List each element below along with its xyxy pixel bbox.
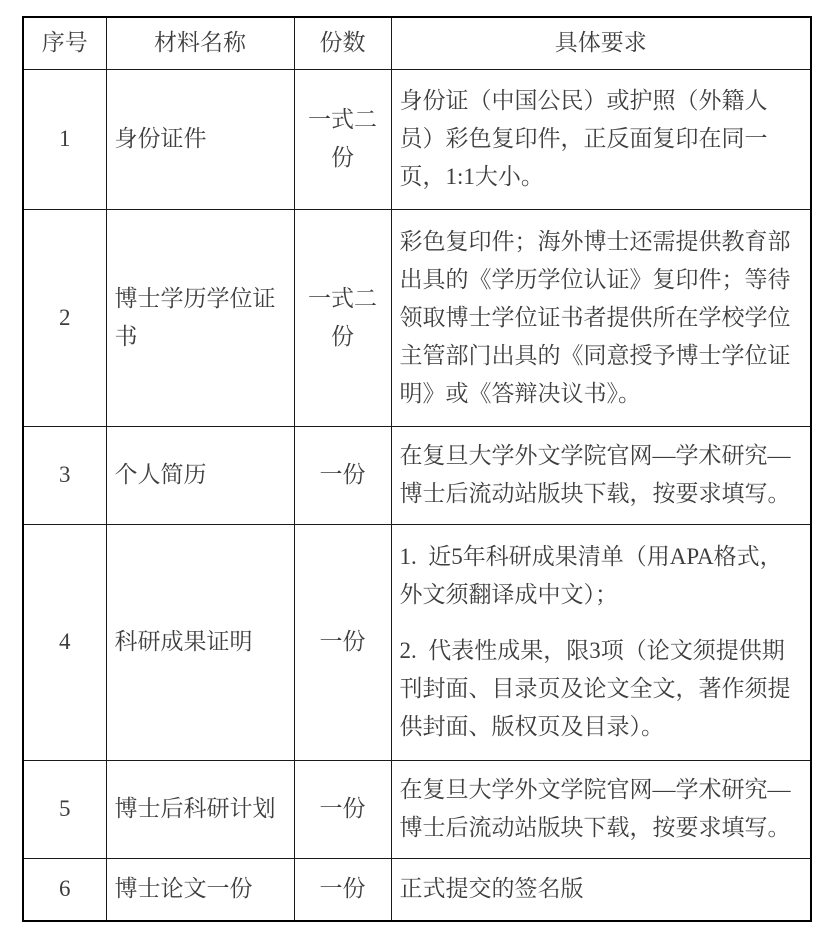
requirements-cell: 彩色复印件；海外博士还需提供教育部 出具的《学历学位认证》复印件；等待 领取博士… (391, 209, 811, 426)
header-material-name: 材料名称 (106, 17, 294, 69)
materials-table: 序号 材料名称 份数 具体要求 1 身份证件 一式二 份 身份证（中国公民）或护… (22, 16, 812, 922)
requirement-paragraph: 2. 代表性成果，限3项（论文须提供期 刊封面、目录页及论文全文，著作须提 供封… (400, 632, 809, 746)
material-name: 身份证件 (106, 69, 294, 209)
header-row: 序号 材料名称 份数 具体要求 (23, 17, 811, 69)
row-number: 1 (23, 69, 106, 209)
header-copies: 份数 (294, 17, 391, 69)
row-number: 5 (23, 760, 106, 858)
header-requirements: 具体要求 (391, 17, 811, 69)
row-number: 4 (23, 524, 106, 760)
row-number: 2 (23, 209, 106, 426)
row-number: 6 (23, 858, 106, 921)
requirements-cell: 正式提交的签名版 (391, 858, 811, 921)
copies-value: 一份 (294, 426, 391, 524)
material-name: 博士论文一份 (106, 858, 294, 921)
requirements-cell: 在复旦大学外文学院官网—学术研究— 博士后流动站版块下载，按要求填写。 (391, 426, 811, 524)
table-row: 1 身份证件 一式二 份 身份证（中国公民）或护照（外籍人 员）彩色复印件，正反… (23, 69, 811, 209)
table-row: 4 科研成果证明 一份 1. 近5年科研成果清单（用APA格式， 外文须翻译成中… (23, 524, 811, 760)
document-page: 序号 材料名称 份数 具体要求 1 身份证件 一式二 份 身份证（中国公民）或护… (0, 0, 818, 925)
requirements-cell: 1. 近5年科研成果清单（用APA格式， 外文须翻译成中文）； 2. 代表性成果… (391, 524, 811, 760)
copies-value: 一式二 份 (294, 69, 391, 209)
requirement-paragraph: 1. 近5年科研成果清单（用APA格式， 外文须翻译成中文）； (400, 538, 809, 614)
material-name: 博士学历学位证 书 (106, 209, 294, 426)
requirement-paragraph: 在复旦大学外文学院官网—学术研究— 博士后流动站版块下载，按要求填写。 (400, 437, 809, 513)
requirements-cell: 身份证（中国公民）或护照（外籍人 员）彩色复印件，正反面复印在同一 页，1:1大… (391, 69, 811, 209)
table-row: 5 博士后科研计划 一份 在复旦大学外文学院官网—学术研究— 博士后流动站版块下… (23, 760, 811, 858)
table-row: 3 个人简历 一份 在复旦大学外文学院官网—学术研究— 博士后流动站版块下载，按… (23, 426, 811, 524)
material-name: 个人简历 (106, 426, 294, 524)
header-number: 序号 (23, 17, 106, 69)
table-body: 1 身份证件 一式二 份 身份证（中国公民）或护照（外籍人 员）彩色复印件，正反… (23, 69, 811, 921)
table-row: 6 博士论文一份 一份 正式提交的签名版 (23, 858, 811, 921)
material-name: 博士后科研计划 (106, 760, 294, 858)
row-number: 3 (23, 426, 106, 524)
requirement-paragraph: 在复旦大学外文学院官网—学术研究— 博士后流动站版块下载，按要求填写。 (400, 771, 809, 847)
material-name: 科研成果证明 (106, 524, 294, 760)
copies-value: 一份 (294, 858, 391, 921)
copies-value: 一式二 份 (294, 209, 391, 426)
requirement-paragraph: 身份证（中国公民）或护照（外籍人 员）彩色复印件，正反面复印在同一 页，1:1大… (400, 82, 809, 196)
copies-value: 一份 (294, 524, 391, 760)
table-header: 序号 材料名称 份数 具体要求 (23, 17, 811, 69)
requirements-cell: 在复旦大学外文学院官网—学术研究— 博士后流动站版块下载，按要求填写。 (391, 760, 811, 858)
requirement-paragraph: 正式提交的签名版 (400, 870, 809, 908)
copies-value: 一份 (294, 760, 391, 858)
requirement-paragraph: 彩色复印件；海外博士还需提供教育部 出具的《学历学位认证》复印件；等待 领取博士… (400, 223, 809, 413)
table-row: 2 博士学历学位证 书 一式二 份 彩色复印件；海外博士还需提供教育部 出具的《… (23, 209, 811, 426)
